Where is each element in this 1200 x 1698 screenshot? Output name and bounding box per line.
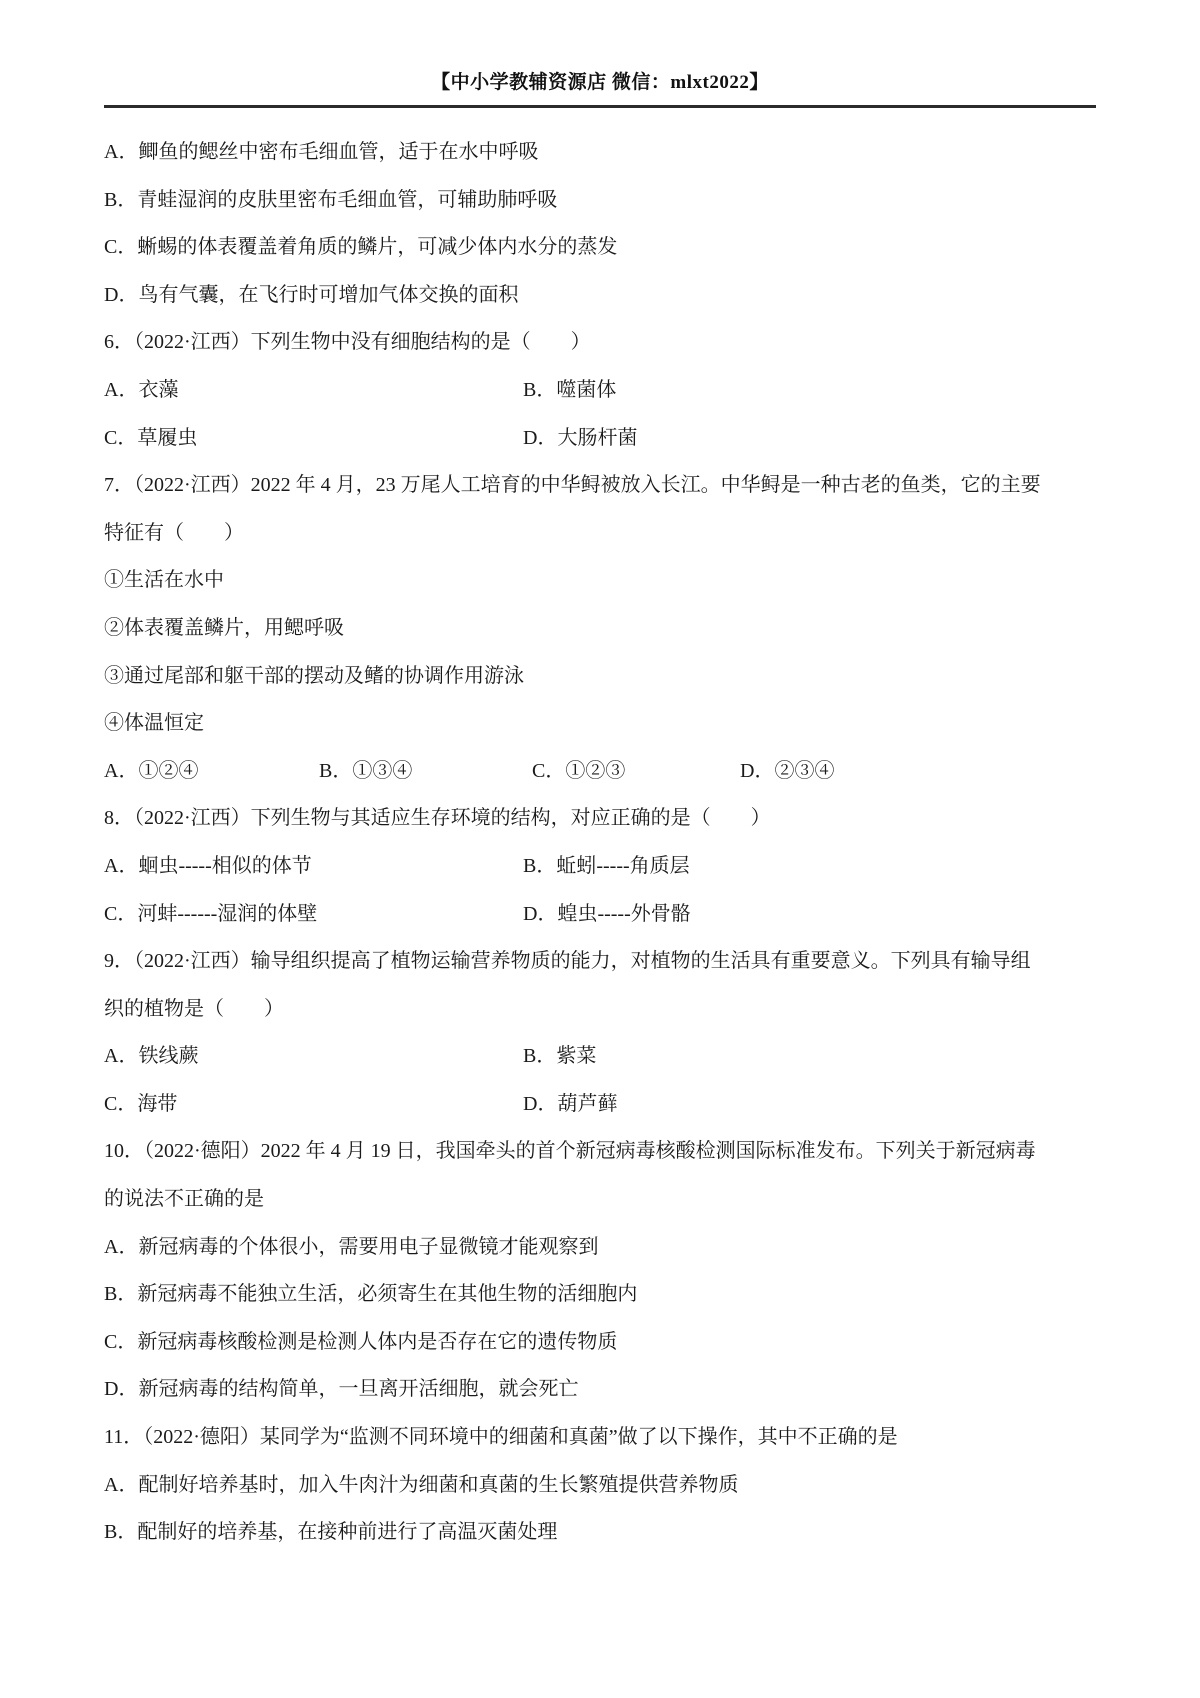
text-line: ①生活在水中: [104, 569, 224, 591]
option-cell: A．蛔虫-----相似的体节: [104, 843, 312, 891]
text-line: C．蜥蜴的体表覆盖着角质的鳞片，可减少体内水分的蒸发: [104, 236, 617, 258]
text-line: ②体表覆盖鳞片，用鳃呼吸: [104, 617, 344, 639]
header-title: 【中小学教辅资源店 微信：mlxt2022】: [431, 72, 769, 93]
text-line: 的说法不正确的是: [104, 1188, 264, 1210]
option-cell: C．草履虫: [104, 415, 197, 463]
doc-line: C．海带D．葫芦藓: [104, 1081, 1104, 1129]
doc-line: A．配制好培养基时，加入牛肉汁为细菌和真菌的生长繁殖提供营养物质: [104, 1462, 1104, 1510]
doc-line: C．河蚌------湿润的体壁D．蝗虫-----外骨骼: [104, 891, 1104, 939]
text-line: A．鲫鱼的鳃丝中密布毛细血管，适于在水中呼吸: [104, 141, 538, 163]
doc-line: A．铁线蕨B．紫菜: [104, 1033, 1104, 1081]
header-rule: [104, 105, 1096, 108]
doc-line: D．鸟有气囊，在飞行时可增加气体交换的面积: [104, 272, 1104, 320]
doc-line: C．新冠病毒核酸检测是检测人体内是否存在它的遗传物质: [104, 1319, 1104, 1367]
option-cell: C．河蚌------湿润的体壁: [104, 891, 317, 939]
page-header: 【中小学教辅资源店 微信：mlxt2022】: [0, 0, 1200, 96]
text-line: 8．（2022·江西）下列生物与其适应生存环境的结构，对应正确的是（ ）: [104, 807, 771, 829]
option-cell: C．①②③: [532, 748, 625, 796]
option-cell: A．①②④: [104, 748, 198, 796]
doc-line: A．新冠病毒的个体很小，需要用电子显微镜才能观察到: [104, 1224, 1104, 1272]
doc-line: 11．（2022·德阳）某同学为“监测不同环境中的细菌和真菌”做了以下操作，其中…: [104, 1414, 1104, 1462]
text-line: A．新冠病毒的个体很小，需要用电子显微镜才能观察到: [104, 1236, 598, 1258]
doc-line: ④体温恒定: [104, 700, 1104, 748]
text-line: 7．（2022·江西）2022 年 4 月，23 万尾人工培育的中华鲟被放入长江…: [104, 474, 1041, 496]
doc-line: B．配制好的培养基，在接种前进行了高温灭菌处理: [104, 1509, 1104, 1557]
doc-line: A．蛔虫-----相似的体节B．蚯蚓-----角质层: [104, 843, 1104, 891]
doc-line: 7．（2022·江西）2022 年 4 月，23 万尾人工培育的中华鲟被放入长江…: [104, 462, 1104, 510]
doc-line: B．青蛙湿润的皮肤里密布毛细血管，可辅助肺呼吸: [104, 177, 1104, 225]
option-cell: B．紫菜: [523, 1033, 596, 1081]
text-line: B．配制好的培养基，在接种前进行了高温灭菌处理: [104, 1521, 557, 1543]
option-cell: C．海带: [104, 1081, 177, 1129]
text-line: B．青蛙湿润的皮肤里密布毛细血管，可辅助肺呼吸: [104, 189, 557, 211]
option-cell: A．铁线蕨: [104, 1033, 198, 1081]
doc-line: C．草履虫D．大肠杆菌: [104, 415, 1104, 463]
text-line: ④体温恒定: [104, 712, 204, 734]
text-line: A．配制好培养基时，加入牛肉汁为细菌和真菌的生长繁殖提供营养物质: [104, 1474, 738, 1496]
text-line: 9．（2022·江西）输导组织提高了植物运输营养物质的能力，对植物的生活具有重要…: [104, 950, 1031, 972]
text-line: C．新冠病毒核酸检测是检测人体内是否存在它的遗传物质: [104, 1331, 617, 1353]
doc-line: B．新冠病毒不能独立生活，必须寄生在其他生物的活细胞内: [104, 1271, 1104, 1319]
text-line: 特征有（ ）: [104, 522, 244, 544]
document-body: A．鲫鱼的鳃丝中密布毛细血管，适于在水中呼吸B．青蛙湿润的皮肤里密布毛细血管，可…: [0, 129, 1200, 1557]
document-page: 【中小学教辅资源店 微信：mlxt2022】 A．鲫鱼的鳃丝中密布毛细血管，适于…: [0, 0, 1200, 1698]
doc-line: 特征有（ ）: [104, 510, 1104, 558]
option-cell: A．衣藻: [104, 367, 178, 415]
doc-line: 6．（2022·江西）下列生物中没有细胞结构的是（ ）: [104, 319, 1104, 367]
doc-line: A．①②④B．①③④C．①②③D．②③④: [104, 748, 1104, 796]
text-line: 11．（2022·德阳）某同学为“监测不同环境中的细菌和真菌”做了以下操作，其中…: [104, 1426, 898, 1448]
text-line: D．鸟有气囊，在飞行时可增加气体交换的面积: [104, 284, 518, 306]
text-line: D．新冠病毒的结构简单，一旦离开活细胞，就会死亡: [104, 1378, 578, 1400]
option-cell: D．蝗虫-----外骨骼: [523, 891, 691, 939]
doc-line: ②体表覆盖鳞片，用鳃呼吸: [104, 605, 1104, 653]
text-line: B．新冠病毒不能独立生活，必须寄生在其他生物的活细胞内: [104, 1283, 637, 1305]
text-line: 10．（2022·德阳）2022 年 4 月 19 日，我国牵头的首个新冠病毒核…: [104, 1140, 1036, 1162]
doc-line: 9．（2022·江西）输导组织提高了植物运输营养物质的能力，对植物的生活具有重要…: [104, 938, 1104, 986]
doc-line: ③通过尾部和躯干部的摆动及鳍的协调作用游泳: [104, 653, 1104, 701]
doc-line: C．蜥蜴的体表覆盖着角质的鳞片，可减少体内水分的蒸发: [104, 224, 1104, 272]
option-cell: D．②③④: [740, 748, 834, 796]
text-line: 织的植物是（ ）: [104, 998, 284, 1020]
option-cell: B．噬菌体: [523, 367, 616, 415]
option-cell: D．葫芦藓: [523, 1081, 617, 1129]
doc-line: 10．（2022·德阳）2022 年 4 月 19 日，我国牵头的首个新冠病毒核…: [104, 1128, 1104, 1176]
doc-line: A．鲫鱼的鳃丝中密布毛细血管，适于在水中呼吸: [104, 129, 1104, 177]
option-cell: D．大肠杆菌: [523, 415, 637, 463]
doc-line: A．衣藻B．噬菌体: [104, 367, 1104, 415]
doc-line: 8．（2022·江西）下列生物与其适应生存环境的结构，对应正确的是（ ）: [104, 795, 1104, 843]
doc-line: 的说法不正确的是: [104, 1176, 1104, 1224]
option-cell: B．①③④: [319, 748, 412, 796]
option-cell: B．蚯蚓-----角质层: [523, 843, 690, 891]
text-line: 6．（2022·江西）下列生物中没有细胞结构的是（ ）: [104, 331, 591, 353]
doc-line: D．新冠病毒的结构简单，一旦离开活细胞，就会死亡: [104, 1366, 1104, 1414]
doc-line: ①生活在水中: [104, 557, 1104, 605]
doc-line: 织的植物是（ ）: [104, 986, 1104, 1034]
text-line: ③通过尾部和躯干部的摆动及鳍的协调作用游泳: [104, 665, 524, 687]
